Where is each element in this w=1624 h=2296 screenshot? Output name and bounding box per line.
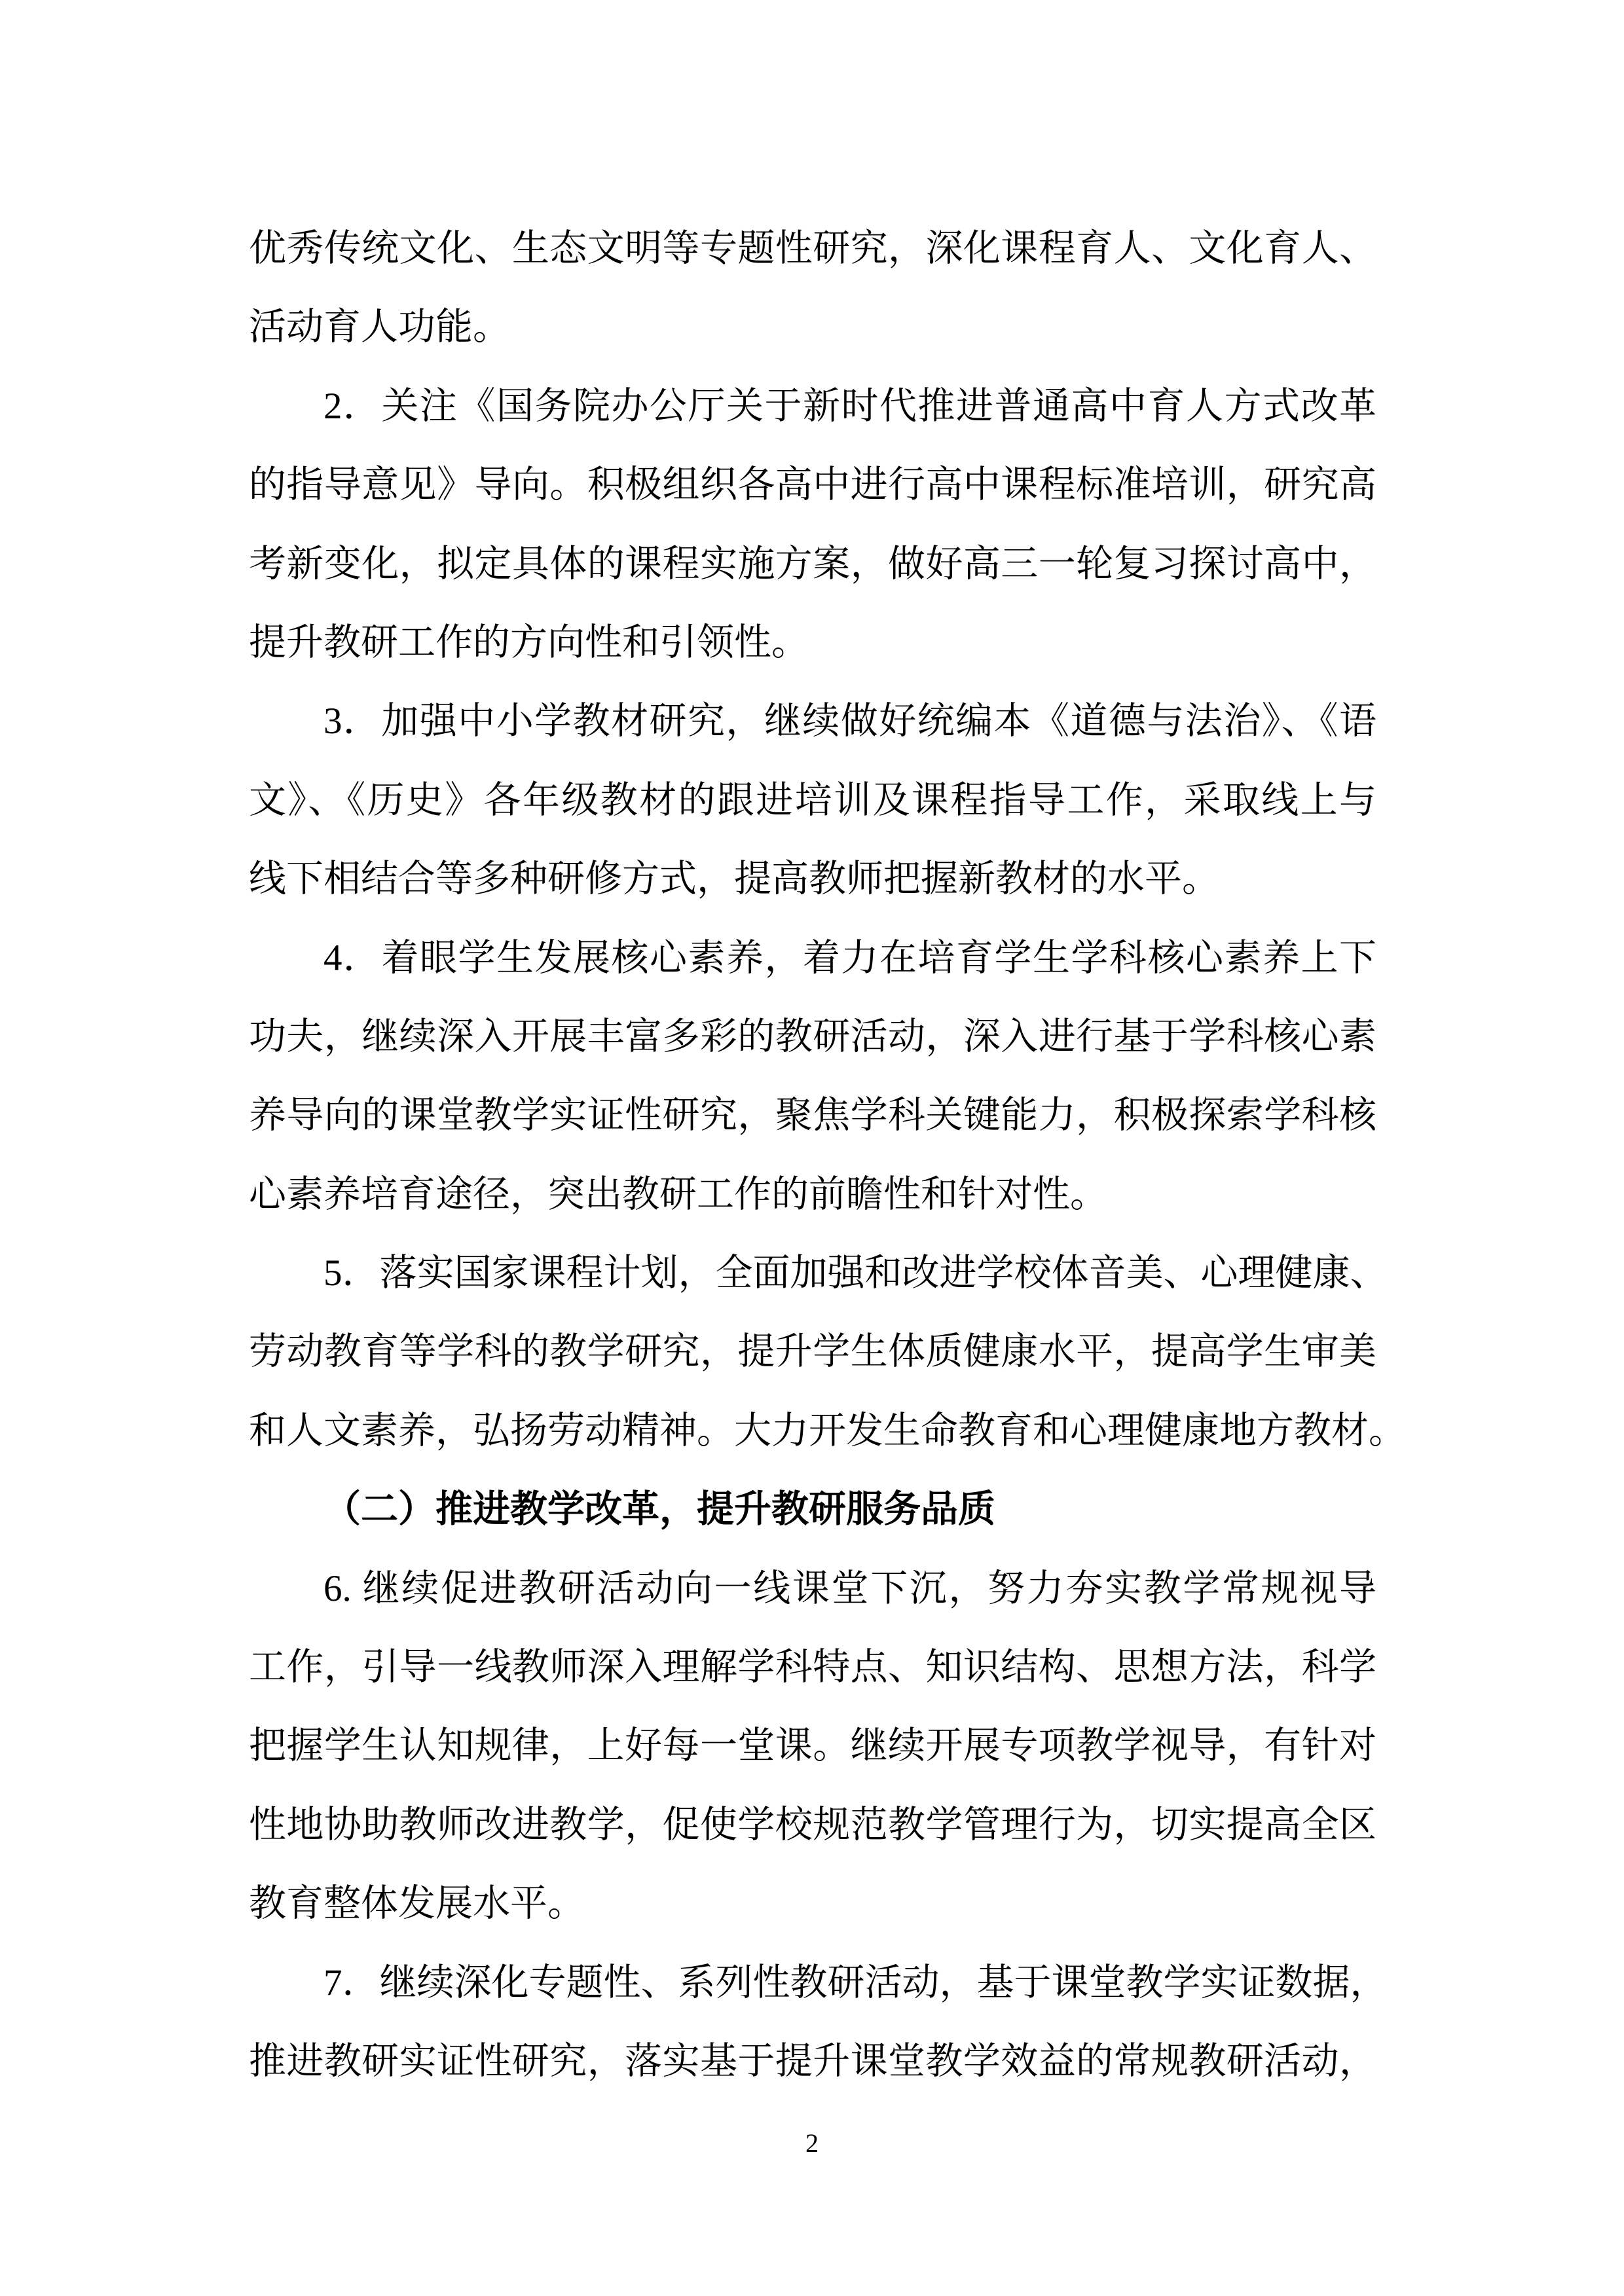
paragraph-7-start: 7．继续深化专题性、系列性教研活动，基于课堂教学实证数据， xyxy=(249,1944,1376,2022)
page-number: 2 xyxy=(0,2128,1624,2159)
paragraph-5-start: 5．落实国家课程计划，全面加强和改进学校体音美、心理健康、 xyxy=(249,1234,1376,1313)
text-line: 推进教研实证性研究，落实基于提升课堂教学效益的常规教研活动， xyxy=(249,2022,1376,2101)
text-line: 性地协助教师改进教学，促使学校规范教学管理行为，切实提高全区 xyxy=(249,1786,1376,1865)
paragraph-2-start: 2．关注《国务院办公厅关于新时代推进普通高中育人方式改革 xyxy=(249,367,1376,446)
body-text: 优秀传统文化、生态文明等专题性研究，深化课程育人、文化育人、 活动育人功能。 2… xyxy=(249,210,1376,2101)
text-line: 文》、《历史》各年级教材的跟进培训及课程指导工作，采取线上与 xyxy=(249,761,1376,840)
text-line: 养导向的课堂教学实证性研究，聚焦学科关键能力，积极探索学科核 xyxy=(249,1076,1376,1155)
text-line: 的指导意见》导向。积极组织各高中进行高中课程标准培训，研究高 xyxy=(249,446,1376,524)
document-page: 优秀传统文化、生态文明等专题性研究，深化课程育人、文化育人、 活动育人功能。 2… xyxy=(0,0,1624,2296)
text-line: 线下相结合等多种研修方式，提高教师把握新教材的水平。 xyxy=(249,840,1376,919)
text-line: 考新变化，拟定具体的课程实施方案，做好高三一轮复习探讨高中， xyxy=(249,525,1376,604)
section-heading: （二）推进教学改革，提升教研服务品质 xyxy=(249,1470,1376,1549)
text-line: 优秀传统文化、生态文明等专题性研究，深化课程育人、文化育人、 xyxy=(249,210,1376,288)
text-line: 提升教研工作的方向性和引领性。 xyxy=(249,604,1376,682)
text-line: 劳动教育等学科的教学研究，提升学生体质健康水平，提高学生审美 xyxy=(249,1313,1376,1391)
text-line: 活动育人功能。 xyxy=(249,288,1376,367)
text-line: 教育整体发展水平。 xyxy=(249,1865,1376,1943)
text-line: 把握学生认知规律，上好每一堂课。继续开展专项教学视导，有针对 xyxy=(249,1707,1376,1785)
text-line: 工作，引导一线教师深入理解学科特点、知识结构、思想方法，科学 xyxy=(249,1628,1376,1707)
text-line: 心素养培育途径，突出教研工作的前瞻性和针对性。 xyxy=(249,1156,1376,1234)
paragraph-6-start: 6. 继续促进教研活动向一线课堂下沉，努力夯实教学常规视导 xyxy=(249,1550,1376,1628)
paragraph-4-start: 4．着眼学生发展核心素养，着力在培育学生学科核心素养上下 xyxy=(249,919,1376,998)
paragraph-3-start: 3．加强中小学教材研究，继续做好统编本《道德与法治》、《语 xyxy=(249,682,1376,761)
text-line: 和人文素养，弘扬劳动精神。大力开发生命教育和心理健康地方教材。 xyxy=(249,1392,1376,1470)
text-line: 功夫，继续深入开展丰富多彩的教研活动，深入进行基于学科核心素 xyxy=(249,998,1376,1076)
